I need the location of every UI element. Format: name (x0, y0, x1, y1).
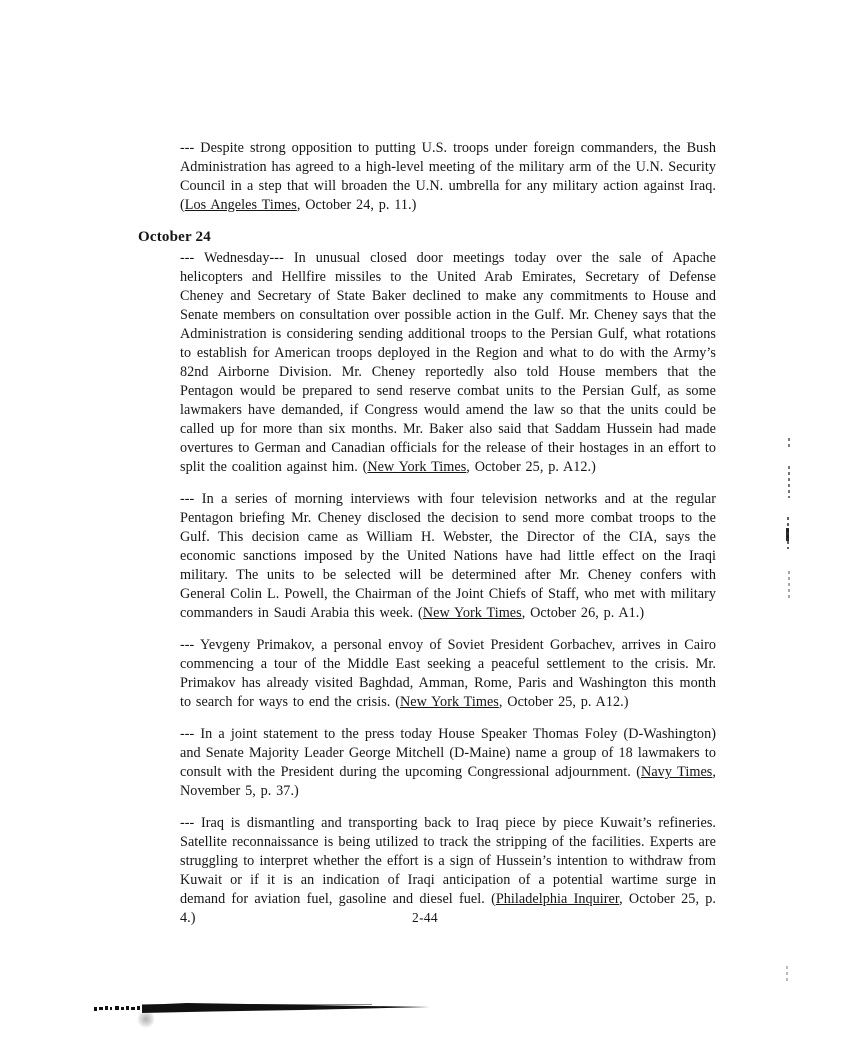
scan-artifact-right-margin (786, 966, 788, 981)
scan-artifact-right-margin (788, 438, 790, 449)
scan-artifact-right-margin (788, 571, 790, 599)
citation-source: New York Times (423, 605, 522, 621)
paragraph-foley-mitchell: --- In a joint statement to the press to… (180, 725, 716, 801)
page-number: 2-44 (0, 910, 850, 926)
text-segment: , October 24, p. 11.) (297, 197, 417, 213)
paragraph-un-security-council: --- Despite strong opposition to putting… (180, 139, 716, 215)
citation-source: New York Times (400, 694, 499, 710)
scan-artifact-right-margin (786, 528, 789, 541)
paragraph-cheney-baker-meetings: --- Wednesday--- In unusual closed door … (180, 249, 716, 477)
citation-source: New York Times (367, 459, 466, 475)
text-segment: --- Wednesday--- In unusual closed door … (180, 250, 716, 475)
text-segment: , October 26, p. A1.) (522, 605, 644, 621)
paragraph-primakov-cairo: --- Yevgeny Primakov, a personal envoy o… (180, 636, 716, 712)
text-segment: --- In a series of morning interviews wi… (180, 491, 716, 621)
text-segment: --- In a joint statement to the press to… (180, 726, 716, 780)
citation-source: Los Angeles Times (185, 197, 297, 213)
scanned-document-page: --- Despite strong opposition to putting… (0, 0, 850, 1042)
scan-artifact-right-margin (788, 466, 790, 498)
text-segment: , October 25, p. A12.) (499, 694, 629, 710)
document-body: --- Despite strong opposition to putting… (138, 139, 716, 941)
text-segment: , October 25, p. A12.) (466, 459, 596, 475)
paragraph-cheney-interviews: --- In a series of morning interviews wi… (180, 490, 716, 623)
citation-source: Philadelphia Inquirer (496, 891, 619, 907)
citation-source: Navy Times (641, 764, 712, 780)
date-heading-october-24: October 24 (138, 228, 716, 247)
scan-artifact-smudge (138, 1013, 154, 1028)
